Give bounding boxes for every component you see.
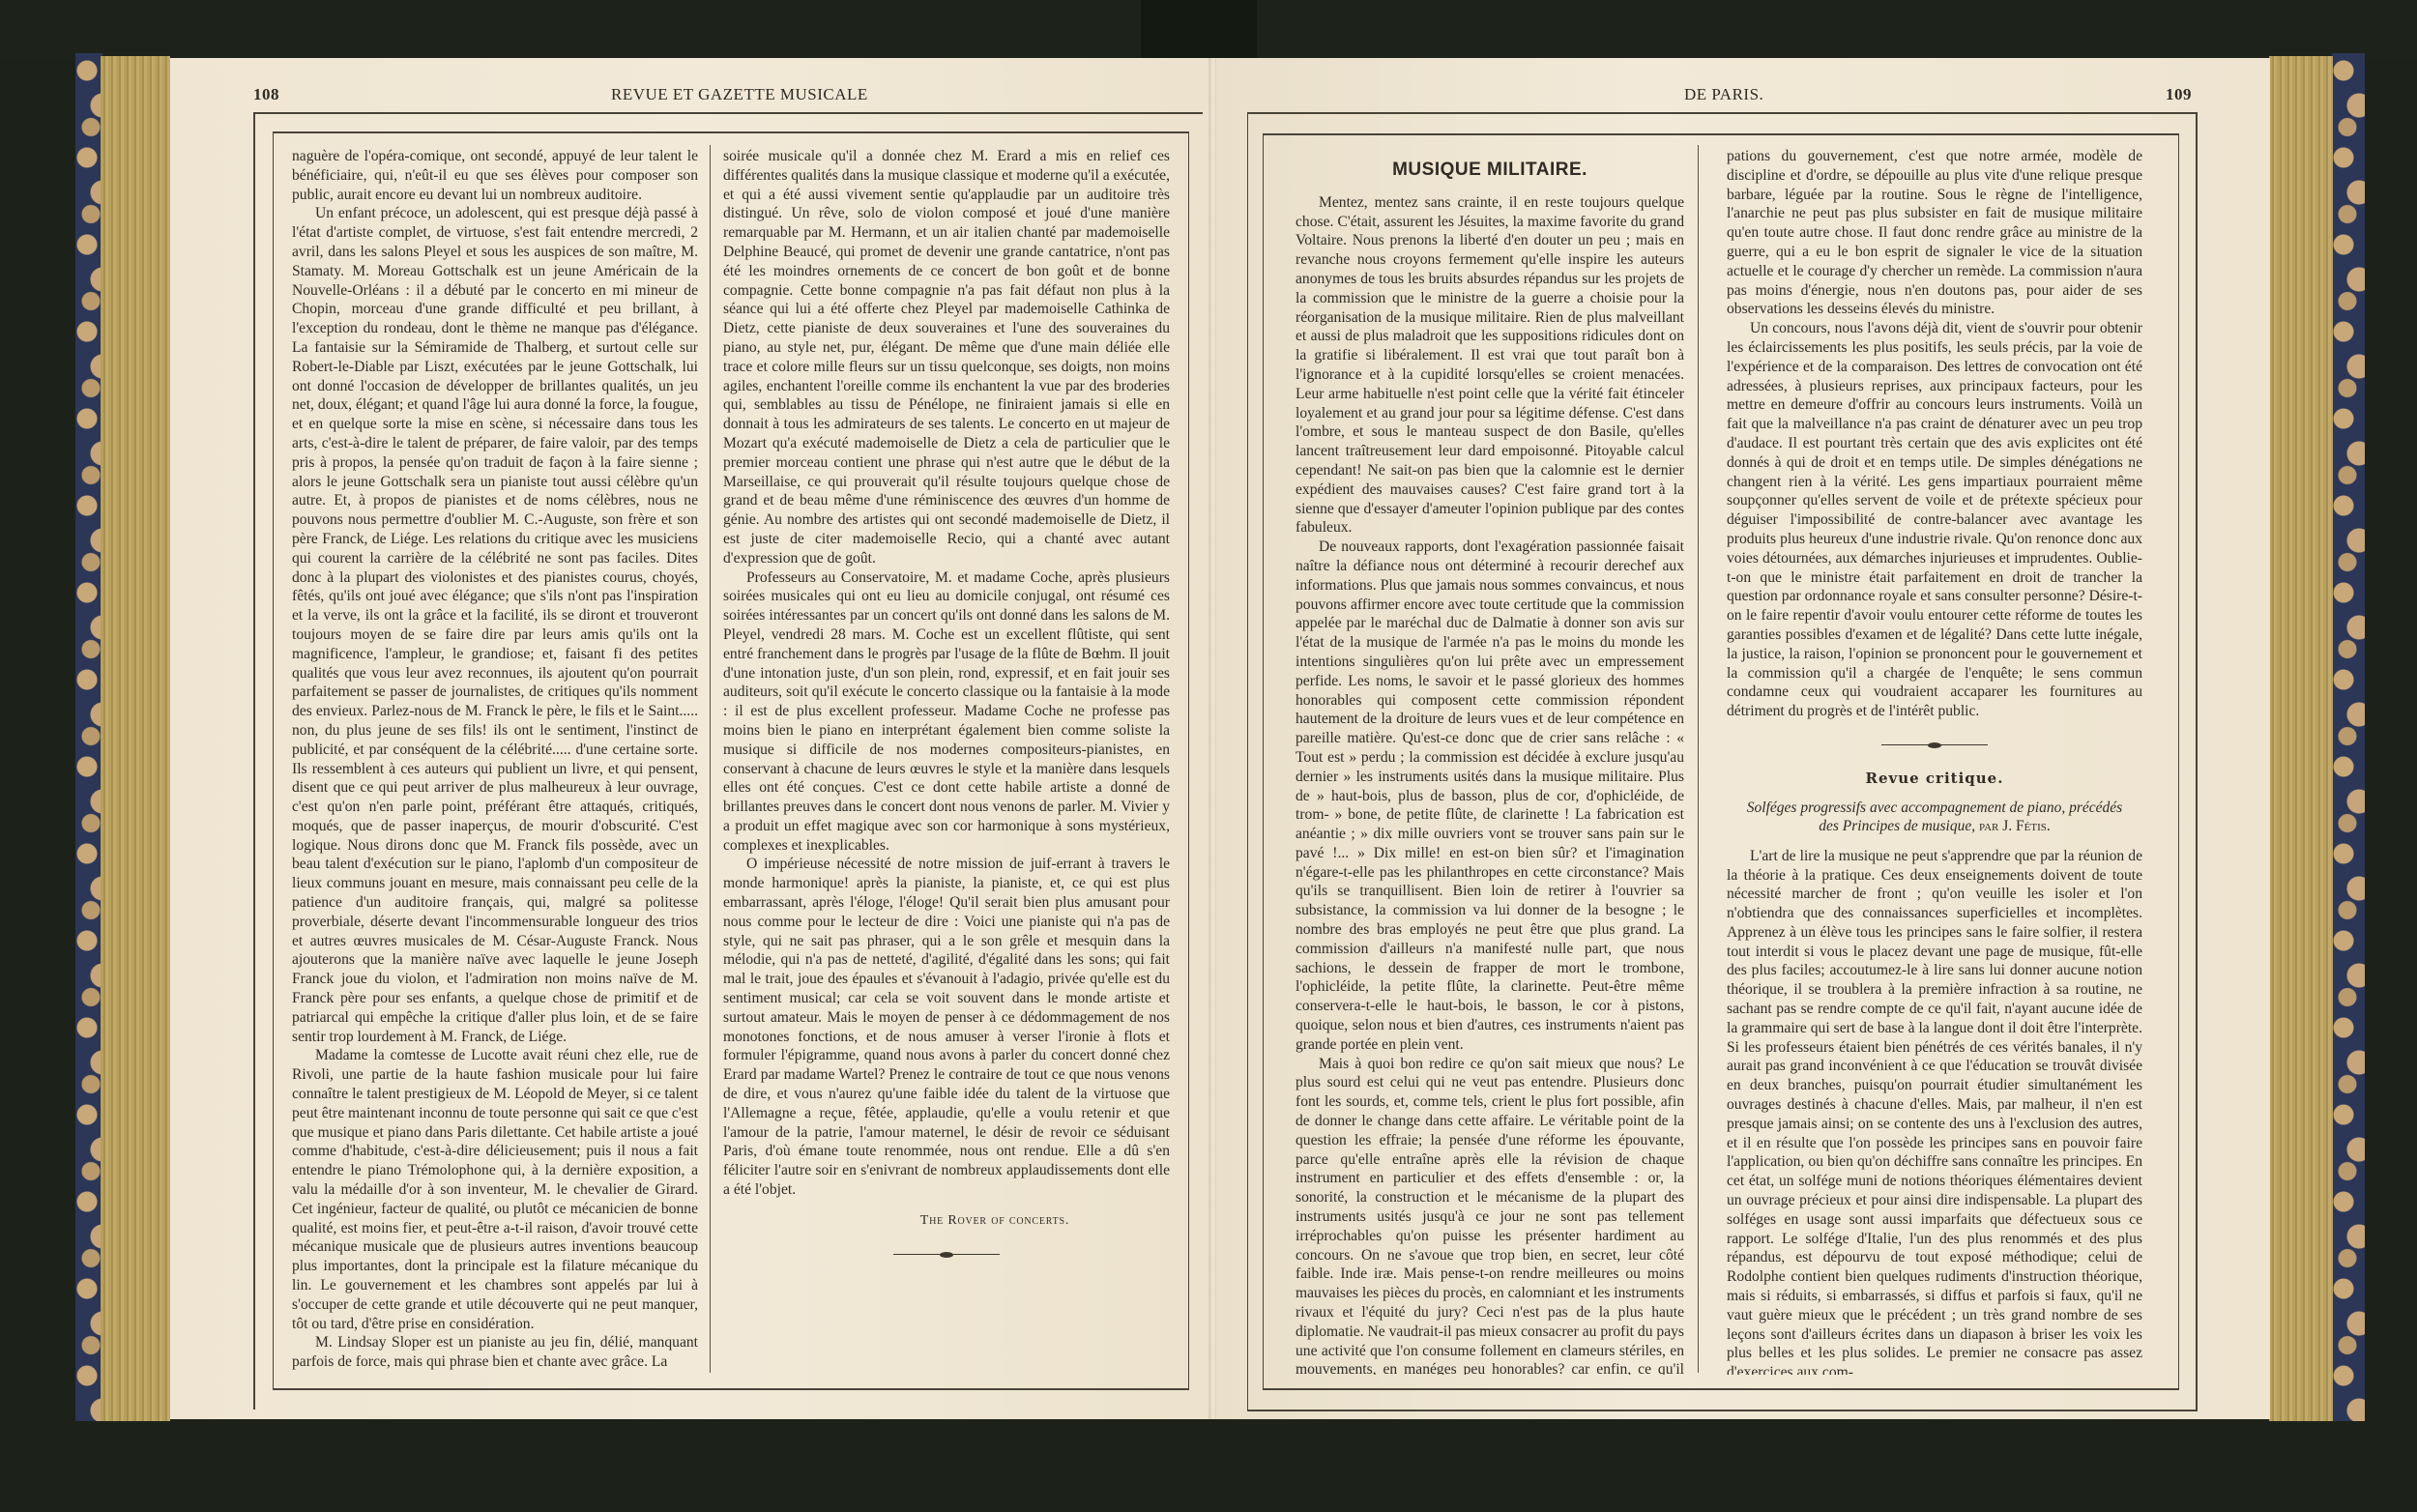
paragraph: Un enfant précoce, un adolescent, qui es…	[292, 204, 698, 1046]
paragraph: soirée musicale qu'il a donnée chez M. E…	[723, 147, 1170, 568]
paragraph: O impérieuse nécessité de notre mission …	[723, 855, 1170, 1199]
page-block-edge-right	[2269, 56, 2333, 1424]
paragraph: Mais à quoi bon redire ce qu'on sait mie…	[1296, 1055, 1684, 1375]
right-page-column-1: MUSIQUE MILITAIRE. Mentez, mentez sans c…	[1296, 147, 1684, 1375]
right-page-number: 109	[2166, 85, 2192, 104]
left-page-number: 108	[253, 85, 279, 104]
marbled-cover-right	[2332, 53, 2365, 1426]
paragraph: De nouveaux rapports, dont l'exagération…	[1296, 538, 1684, 1055]
paragraph: pations du gouvernement, c'est que notre…	[1727, 147, 2142, 319]
right-running-head: DE PARIS.	[1684, 85, 1763, 104]
book-title-line-1: Solféges progressifs avec accompagnement…	[1747, 800, 2122, 816]
book-author: par J. Fétis.	[1975, 818, 2051, 834]
paragraph: Professeurs au Conservatoire, M. et mada…	[723, 568, 1170, 856]
paragraph: L'art de lire la musique ne peut s'appre…	[1727, 847, 2142, 1375]
page-block-edge-left	[101, 56, 170, 1424]
background-board-bottom	[0, 1421, 2417, 1512]
left-page-column-2: soirée musicale qu'il a donnée chez M. E…	[723, 147, 1170, 1375]
paragraph: Un concours, nous l'avons déjà dit, vien…	[1727, 319, 2142, 721]
signature: The Rover of concerts.	[820, 1211, 1170, 1231]
section-title: MUSIQUE MILITAIRE.	[1296, 160, 1684, 180]
ornament-divider	[1881, 742, 1988, 748]
paragraph: Mentez, mentez sans crainte, il en reste…	[1296, 193, 1684, 538]
right-page-column-2: pations du gouvernement, c'est que notre…	[1727, 147, 2142, 1375]
ornament-divider	[893, 1252, 1000, 1258]
review-book-title: Solféges progressifs avec accompagnement…	[1727, 799, 2142, 835]
paragraph: Madame la comtesse de Lucotte avait réun…	[292, 1046, 698, 1333]
column-rule	[1698, 145, 1699, 1373]
review-heading: Revue critique.	[1727, 770, 2142, 789]
left-running-head: REVUE ET GAZETTE MUSICALE	[611, 85, 868, 104]
paragraph: naguère de l'opéra-comique, ont secondé,…	[292, 147, 698, 204]
paragraph: M. Lindsay Sloper est un pianiste au jeu…	[292, 1333, 698, 1372]
book-title-line-2: des Principes de musique,	[1819, 818, 1975, 834]
marbled-cover-left	[75, 53, 102, 1426]
column-rule	[710, 145, 711, 1373]
left-page-column-1: naguère de l'opéra-comique, ont secondé,…	[292, 147, 698, 1375]
